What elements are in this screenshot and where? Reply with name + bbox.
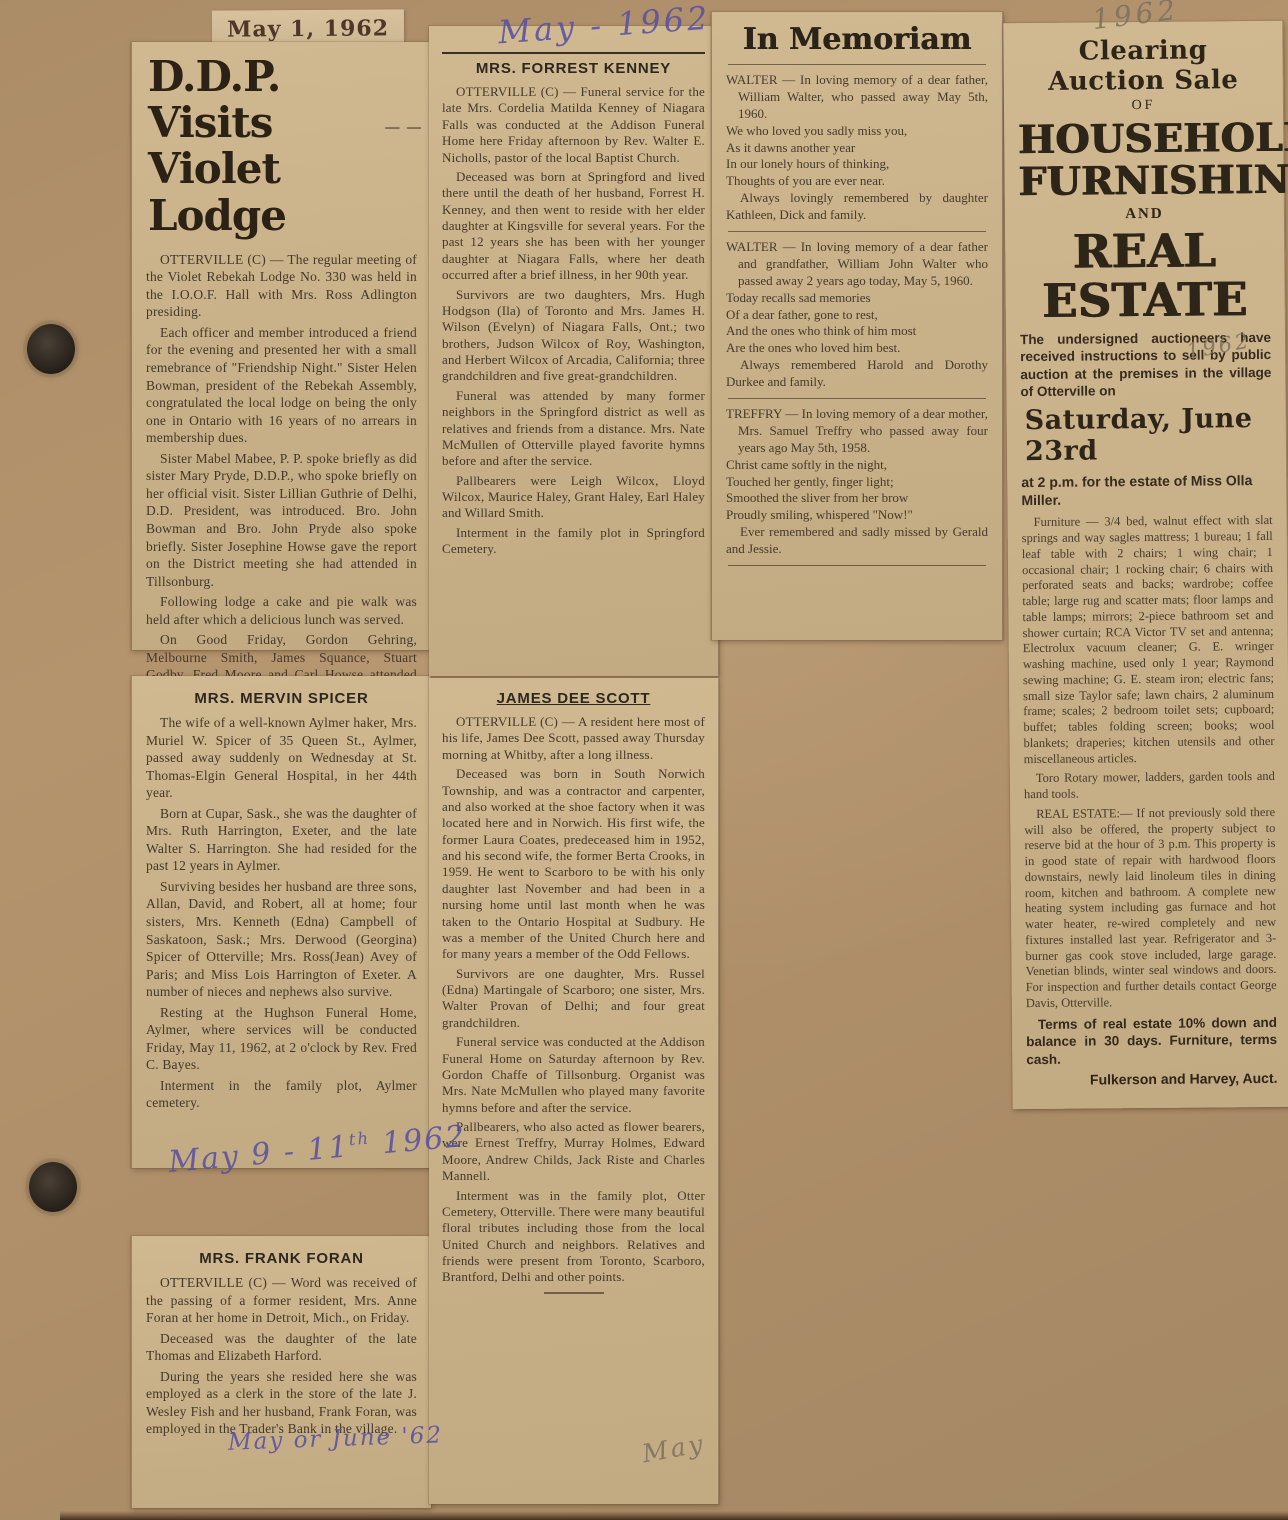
scott-title: JAMES DEE SCOTT xyxy=(442,690,705,707)
auction-display-furnishings: FURNISHINGS xyxy=(1018,159,1269,203)
memoriam-poem-line: Are the ones who loved him best. xyxy=(726,340,988,357)
article-paragraph: Surviving besides her husband are three … xyxy=(146,878,417,1001)
clipping-foran-obituary: MRS. FRANK FORAN OTTERVILLE (C) — Word w… xyxy=(131,1236,431,1508)
article-paragraph: Pallbearers, who also acted as flower be… xyxy=(442,1119,705,1185)
punch-hole-top xyxy=(27,324,75,374)
article-paragraph: Pallbearers were Leigh Wilcox, Lloyd Wil… xyxy=(442,473,705,522)
memoriam-entry-walter-2: WALTER — In loving memory of a dear fath… xyxy=(726,239,988,391)
auction-body: Furniture — 3/4 bed, walnut effect with … xyxy=(1022,513,1278,1068)
article-paragraph: Funeral service was conducted at the Add… xyxy=(442,1034,705,1116)
memoriam-rule xyxy=(728,565,986,566)
article-paragraph: Sister Mabel Mabee, P. P. spoke briefly … xyxy=(146,450,417,590)
page-bottom-edge xyxy=(60,1511,1288,1520)
memoriam-poem-line: Christ came softly in the night, xyxy=(726,457,988,474)
memoriam-attribution: Always lovingly remembered by daughter K… xyxy=(726,190,988,224)
auction-kicker: Clearing Auction Sale xyxy=(1017,35,1269,97)
ddp-body: OTTERVILLE (C) — The regular meeting of … xyxy=(146,251,417,702)
punch-hole-bottom xyxy=(29,1162,77,1212)
article-paragraph: The wife of a well-known Aylmer haker, M… xyxy=(146,714,417,802)
article-paragraph: OTTERVILLE (C) — Funeral service for the… xyxy=(442,84,705,166)
article-paragraph: Following lodge a cake and pie walk was … xyxy=(146,593,417,628)
article-paragraph: Deceased was born at Springford and live… xyxy=(442,169,705,284)
article-paragraph: Deceased was the daughter of the late Th… xyxy=(146,1330,417,1365)
clipping-auction-sale: Clearing Auction Sale OF HOUSEHOLD FURNI… xyxy=(1003,21,1288,1109)
memoriam-poem-line: Thoughts of you are ever near. xyxy=(726,173,988,190)
article-paragraph: Interment in the family plot in Springfo… xyxy=(442,525,705,558)
memoriam-poem-line: As it dawns another year xyxy=(726,140,988,157)
foran-body: OTTERVILLE (C) — Word was received of th… xyxy=(146,1274,417,1438)
memoriam-lead: WALTER — In loving memory of a dear fath… xyxy=(726,239,988,290)
memoriam-poem-line: Proudly smiling, whispered "Now!" xyxy=(726,507,988,524)
article-paragraph: Each officer and member introduced a fri… xyxy=(146,324,417,447)
foran-title: MRS. FRANK FORAN xyxy=(146,1250,417,1267)
end-rule xyxy=(544,1292,604,1294)
memoriam-entry-walter-1: WALTER — In loving memory of a dear fath… xyxy=(726,72,988,224)
auction-estate-line: at 2 p.m. for the estate of Miss Olla Mi… xyxy=(1021,471,1272,510)
auction-display-household: HOUSEHOLD xyxy=(1018,117,1269,161)
spicer-title: MRS. MERVIN SPICER xyxy=(146,690,417,707)
memoriam-lead: WALTER — In loving memory of a dear fath… xyxy=(726,72,988,123)
spicer-body: The wife of a well-known Aylmer haker, M… xyxy=(146,714,417,1112)
article-paragraph: OTTERVILLE (C) — The regular meeting of … xyxy=(146,251,417,321)
memoriam-rule xyxy=(728,64,986,65)
ddp-headline-line2: Violet Lodge xyxy=(148,146,417,238)
ddp-headline: D.D.P. Visits Violet Lodge xyxy=(148,54,417,239)
memoriam-poem-line: Touched her gently, finger light; xyxy=(726,474,988,491)
kenney-title: MRS. FORREST KENNEY xyxy=(442,60,705,77)
spicer-note-superscript: th xyxy=(348,1128,371,1149)
article-paragraph: Resting at the Hughson Funeral Home, Ayl… xyxy=(146,1004,417,1074)
memoriam-poem-line: Today recalls sad memories xyxy=(726,290,988,307)
memoriam-lead: TREFFRY — In loving memory of a dear mot… xyxy=(726,406,988,457)
auction-terms-paragraph: Terms of real estate 10% down and balanc… xyxy=(1026,1014,1277,1069)
memoriam-attribution: Ever remembered and sadly missed by Gera… xyxy=(726,524,988,558)
column-rule-marks: — — xyxy=(386,120,424,136)
scrapbook-page: { "page": { "background": "#b4946d", "st… xyxy=(0,0,1288,1520)
clipping-scott-obituary: JAMES DEE SCOTT OTTERVILLE (C) — A resid… xyxy=(429,678,719,1504)
memoriam-rule xyxy=(728,231,986,232)
article-paragraph: Interment in the family plot, Aylmer cem… xyxy=(146,1077,417,1112)
auction-display-real-estate: REAL ESTATE xyxy=(1019,226,1271,325)
memoriam-poem-line: And the ones who think of him most xyxy=(726,323,988,340)
spicer-note-year: 1962 xyxy=(381,1119,468,1161)
memoriam-rule xyxy=(728,398,986,399)
memoriam-poem-line: In our lonely hours of thinking, xyxy=(726,156,988,173)
auction-real-estate-paragraph: REAL ESTATE:— If not previously sold the… xyxy=(1024,805,1277,1012)
scott-body: OTTERVILLE (C) — A resident here most of… xyxy=(442,714,705,1286)
memoriam-title: In Memoriam xyxy=(726,22,988,57)
memoriam-poem-line: Smoothed the sliver from her brow xyxy=(726,490,988,507)
article-paragraph: OTTERVILLE (C) — Word was received of th… xyxy=(146,1274,417,1327)
clipping-in-memoriam: In Memoriam WALTER — In loving memory of… xyxy=(711,12,1003,640)
article-paragraph: Born at Cupar, Sask., she was the daught… xyxy=(146,805,417,875)
article-paragraph: Interment was in the family plot, Otter … xyxy=(442,1188,705,1286)
memoriam-poem-line: Of a dear father, gone to rest, xyxy=(726,307,988,324)
article-paragraph: Survivors are two daughters, Mrs. Hugh H… xyxy=(442,287,705,385)
stamp-date: May 1, 1962 xyxy=(227,15,389,42)
article-paragraph: Deceased was born in South Norwich Towns… xyxy=(442,766,705,963)
memoriam-poem-line: We who loved you sadly miss you, xyxy=(726,123,988,140)
article-paragraph: Survivors are one daughter, Mrs. Russel … xyxy=(442,966,705,1032)
kenney-body: OTTERVILLE (C) — Funeral service for the… xyxy=(442,84,705,558)
memoriam-attribution: Always remembered Harold and Dorothy Dur… xyxy=(726,357,988,391)
clipping-spicer-obituary: MRS. MERVIN SPICER The wife of a well-kn… xyxy=(131,676,431,1168)
article-paragraph: OTTERVILLE (C) — A resident here most of… xyxy=(442,714,705,763)
auction-furniture-paragraph: Furniture — 3/4 bed, walnut effect with … xyxy=(1022,513,1275,767)
auction-tools-paragraph: Toro Rotary mower, ladders, garden tools… xyxy=(1024,769,1275,803)
clipping-ddp-visits: — — D.D.P. Visits Violet Lodge OTTERVILL… xyxy=(131,42,431,650)
memoriam-entry-treffry: TREFFRY — In loving memory of a dear mot… xyxy=(726,406,988,558)
auction-date: Saturday, June 23rd xyxy=(1021,403,1273,467)
auction-of: OF xyxy=(1018,97,1269,115)
article-paragraph: Funeral was attended by many former neig… xyxy=(442,388,705,470)
clipping-kenney-obituary: MRS. FORREST KENNEY OTTERVILLE (C) — Fun… xyxy=(429,26,719,676)
auction-signature: Fulkerson and Harvey, Auct. xyxy=(1026,1070,1277,1088)
ddp-headline-line1: D.D.P. Visits xyxy=(148,54,417,146)
clipping-top-rule xyxy=(442,52,705,54)
auction-and: AND xyxy=(1019,205,1270,224)
